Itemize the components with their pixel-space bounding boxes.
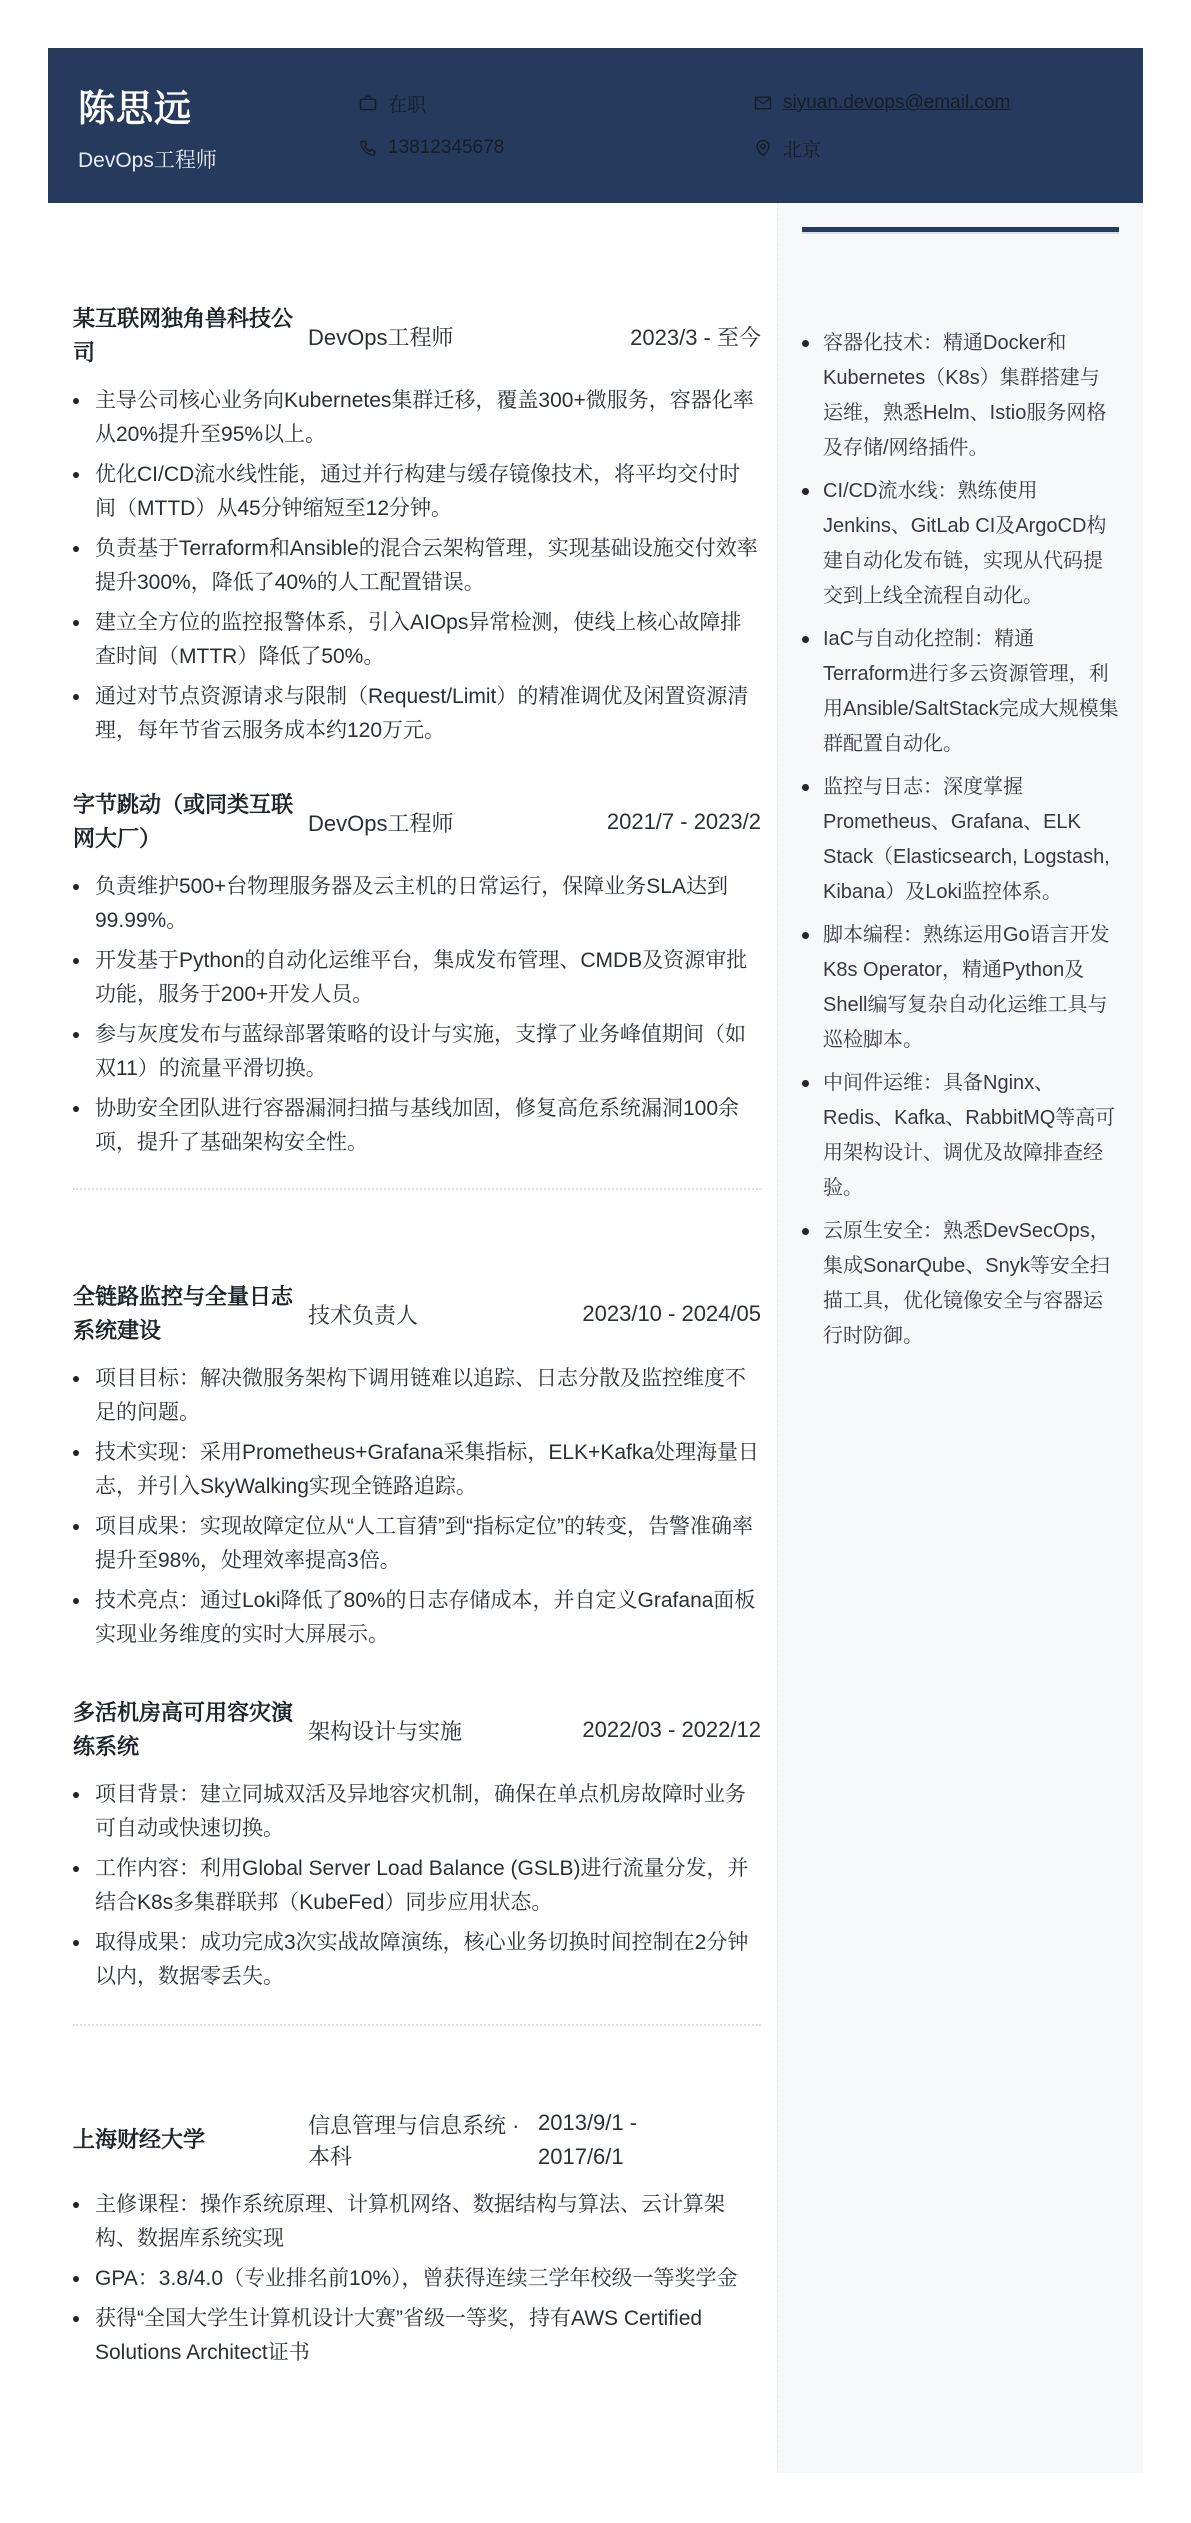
skill-text: 中间件运维：具备Nginx、Redis、Kafka、RabbitMQ等高可用架构…: [823, 1066, 1119, 1206]
bullet-dot: [73, 1598, 79, 1604]
bullet-dot: [73, 1450, 79, 1456]
skill-item: 脚本编程：熟练运用Go语言开发K8s Operator，精通Python及She…: [802, 918, 1119, 1058]
skill-text: IaC与自动化控制：精通Terraform进行多云资源管理，利用Ansible/…: [823, 622, 1119, 762]
entry-role: DevOps工程师: [308, 807, 607, 838]
bullet-dot: [802, 488, 809, 495]
contact-status-text: 在职: [388, 90, 426, 117]
bullet-item: 建立全方位的监控报警体系，引入AIOps异常检测，使线上核心故障排查时间（MTT…: [73, 606, 761, 674]
skill-text: CI/CD流水线：熟练使用Jenkins、GitLab CI及ArgoCD构建自…: [823, 474, 1119, 614]
entry-company: 字节跳动（或同类互联网大厂）: [73, 788, 308, 856]
bullet-text: 优化CI/CD流水线性能，通过并行构建与缓存镜像技术，将平均交付时间（MTTD）…: [95, 458, 761, 526]
bullet-dot: [73, 1376, 79, 1382]
entry-bullets: 项目目标：解决微服务架构下调用链难以追踪、日志分散及监控维度不足的问题。 技术实…: [73, 1362, 761, 1652]
briefcase-icon: [358, 93, 378, 113]
bullet-dot: [802, 1080, 809, 1087]
resume-page: 陈思远 DevOps工程师 在职 siyuan.devops@email.com…: [0, 0, 1191, 2523]
bullet-dot: [73, 2202, 79, 2208]
bullet-item: 项目目标：解决微服务架构下调用链难以追踪、日志分散及监控维度不足的问题。: [73, 1362, 761, 1430]
bullet-text: 负责维护500+台物理服务器及云主机的日常运行，保障业务SLA达到99.99%。: [95, 870, 761, 938]
bullet-text: GPA：3.8/4.0（专业排名前10%），曾获得连续三学年校级一等奖学金: [95, 2262, 738, 2296]
skill-text: 云原生安全：熟悉DevSecOps，集成SonarQube、Snyk等安全扫描工…: [823, 1214, 1119, 1354]
entry-head: 某互联网独角兽科技公司 DevOps工程师 2023/3 - 至今: [73, 302, 761, 370]
contact-employment-status: 在职: [358, 90, 753, 117]
project-entry-2: 多活机房高可用容灾演练系统 架构设计与实施 2022/03 - 2022/12 …: [73, 1696, 761, 1994]
bullet-text: 参与灰度发布与蓝绿部署策略的设计与实施，支撑了业务峰值期间（如双11）的流量平滑…: [95, 1018, 761, 1086]
resume-header: 陈思远 DevOps工程师 在职 siyuan.devops@email.com…: [48, 48, 1143, 203]
skill-text: 脚本编程：熟练运用Go语言开发K8s Operator，精通Python及She…: [823, 918, 1119, 1058]
bullet-dot: [73, 1106, 79, 1112]
bullet-item: 项目成果：实现故障定位从“人工盲猜”到“指标定位”的转变，告警准确率提升至98%…: [73, 1510, 761, 1578]
bullet-dot: [73, 1524, 79, 1530]
bullet-item: 协助安全团队进行容器漏洞扫描与基线加固，修复高危系统漏洞100余项，提升了基础架…: [73, 1092, 761, 1160]
contact-location: 北京: [753, 135, 1010, 162]
bullet-dot: [73, 1940, 79, 1946]
bullet-item: 主修课程：操作系统原理、计算机网络、数据结构与算法、云计算架构、数据库系统实现: [73, 2188, 761, 2256]
bullet-item: GPA：3.8/4.0（专业排名前10%），曾获得连续三学年校级一等奖学金: [73, 2262, 761, 2296]
section-divider: [73, 2024, 761, 2026]
entry-role: 技术负责人: [308, 1299, 582, 1330]
entry-head: 多活机房高可用容灾演练系统 架构设计与实施 2022/03 - 2022/12: [73, 1696, 761, 1764]
skills-sidebar: 容器化技术：精通Docker和Kubernetes（K8s）集群搭建与运维，熟悉…: [777, 203, 1143, 2473]
bullet-item: 负责维护500+台物理服务器及云主机的日常运行，保障业务SLA达到99.99%。: [73, 870, 761, 938]
bullet-text: 开发基于Python的自动化运维平台，集成发布管理、CMDB及资源审批功能，服务…: [95, 944, 761, 1012]
bullet-dot: [73, 1792, 79, 1798]
mail-icon: [753, 93, 773, 113]
bullet-item: 负责基于Terraform和Ansible的混合云架构管理，实现基础设施交付效率…: [73, 532, 761, 600]
skill-list: 容器化技术：精通Docker和Kubernetes（K8s）集群搭建与运维，熟悉…: [802, 326, 1119, 1354]
contact-email[interactable]: siyuan.devops@email.com: [753, 90, 1010, 117]
bullet-dot: [802, 1228, 809, 1235]
bullet-dot: [73, 2316, 79, 2322]
contact-location-text: 北京: [783, 135, 821, 162]
entry-bullets: 主修课程：操作系统原理、计算机网络、数据结构与算法、云计算架构、数据库系统实现 …: [73, 2188, 761, 2370]
entry-school: 上海财经大学: [73, 2123, 308, 2157]
candidate-title: DevOps工程师: [78, 144, 358, 174]
bullet-text: 项目成果：实现故障定位从“人工盲猜”到“指标定位”的转变，告警准确率提升至98%…: [95, 1510, 761, 1578]
skill-text: 容器化技术：精通Docker和Kubernetes（K8s）集群搭建与运维，熟悉…: [823, 326, 1119, 466]
skill-item: 监控与日志：深度掌握Prometheus、Grafana、ELK Stack（E…: [802, 770, 1119, 910]
contact-email-text[interactable]: siyuan.devops@email.com: [783, 92, 1010, 114]
bullet-dot: [73, 884, 79, 890]
bullet-text: 通过对节点资源请求与限制（Request/Limit）的精准调优及闲置资源清理，…: [95, 680, 761, 748]
contact-phone-text: 13812345678: [388, 137, 504, 159]
skill-item: 容器化技术：精通Docker和Kubernetes（K8s）集群搭建与运维，熟悉…: [802, 326, 1119, 466]
identity-block: 陈思远 DevOps工程师: [48, 78, 358, 174]
bullet-dot: [802, 932, 809, 939]
bullet-text: 建立全方位的监控报警体系，引入AIOps异常检测，使线上核心故障排查时间（MTT…: [95, 606, 761, 674]
bullet-text: 获得“全国大学生计算机设计大赛”省级一等奖，持有AWS Certified So…: [95, 2302, 761, 2370]
project-entry-1: 全链路监控与全量日志系统建设 技术负责人 2023/10 - 2024/05 项…: [73, 1280, 761, 1652]
candidate-name: 陈思远: [78, 78, 358, 132]
entry-project-name: 多活机房高可用容灾演练系统: [73, 1696, 308, 1764]
bullet-dot: [73, 1866, 79, 1872]
entry-period: 2023/3 - 至今: [630, 321, 761, 352]
entry-head: 字节跳动（或同类互联网大厂） DevOps工程师 2021/7 - 2023/2: [73, 788, 761, 856]
entry-period: 2023/10 - 2024/05: [582, 1301, 761, 1327]
bullet-text: 技术实现：采用Prometheus+Grafana采集指标，ELK+Kafka处…: [95, 1436, 761, 1504]
entry-head: 全链路监控与全量日志系统建设 技术负责人 2023/10 - 2024/05: [73, 1280, 761, 1348]
experience-entry-2: 字节跳动（或同类互联网大厂） DevOps工程师 2021/7 - 2023/2…: [73, 788, 761, 1160]
bullet-dot: [73, 1032, 79, 1038]
entry-role: 架构设计与实施: [308, 1715, 582, 1746]
entry-role: DevOps工程师: [308, 321, 630, 352]
entry-major: 信息管理与信息系统 · 本科: [308, 2109, 538, 2171]
bullet-text: 取得成果：成功完成3次实战故障演练，核心业务切换时间控制在2分钟以内，数据零丢失…: [95, 1926, 761, 1994]
bullet-text: 主修课程：操作系统原理、计算机网络、数据结构与算法、云计算架构、数据库系统实现: [95, 2188, 761, 2256]
main-content: 某互联网独角兽科技公司 DevOps工程师 2023/3 - 至今 主导公司核心…: [73, 302, 761, 2410]
entry-period: 2021/7 - 2023/2: [607, 809, 761, 835]
bullet-text: 负责基于Terraform和Ansible的混合云架构管理，实现基础设施交付效率…: [95, 532, 761, 600]
experience-entry-1: 某互联网独角兽科技公司 DevOps工程师 2023/3 - 至今 主导公司核心…: [73, 302, 761, 748]
bullet-item: 项目背景：建立同城双活及异地容灾机制，确保在单点机房故障时业务可自动或快速切换。: [73, 1778, 761, 1846]
entry-bullets: 负责维护500+台物理服务器及云主机的日常运行，保障业务SLA达到99.99%。…: [73, 870, 761, 1160]
bullet-item: 参与灰度发布与蓝绿部署策略的设计与实施，支撑了业务峰值期间（如双11）的流量平滑…: [73, 1018, 761, 1086]
skill-item: 云原生安全：熟悉DevSecOps，集成SonarQube、Snyk等安全扫描工…: [802, 1214, 1119, 1354]
bullet-dot: [73, 958, 79, 964]
bullet-text: 主导公司核心业务向Kubernetes集群迁移，覆盖300+微服务，容器化率从2…: [95, 384, 761, 452]
bullet-item: 通过对节点资源请求与限制（Request/Limit）的精准调优及闲置资源清理，…: [73, 680, 761, 748]
skill-item: CI/CD流水线：熟练使用Jenkins、GitLab CI及ArgoCD构建自…: [802, 474, 1119, 614]
bullet-item: 技术实现：采用Prometheus+Grafana采集指标，ELK+Kafka处…: [73, 1436, 761, 1504]
entry-bullets: 主导公司核心业务向Kubernetes集群迁移，覆盖300+微服务，容器化率从2…: [73, 384, 761, 748]
entry-period: 2013/9/1 - 2017/6/1: [538, 2106, 708, 2174]
bullet-item: 优化CI/CD流水线性能，通过并行构建与缓存镜像技术，将平均交付时间（MTTD）…: [73, 458, 761, 526]
contact-grid: 在职 siyuan.devops@email.com 13812345678 北…: [358, 90, 1010, 162]
bullet-text: 协助安全团队进行容器漏洞扫描与基线加固，修复高危系统漏洞100余项，提升了基础架…: [95, 1092, 761, 1160]
bullet-item: 主导公司核心业务向Kubernetes集群迁移，覆盖300+微服务，容器化率从2…: [73, 384, 761, 452]
entry-period: 2022/03 - 2022/12: [582, 1717, 761, 1743]
bullet-dot: [73, 546, 79, 552]
skill-item: 中间件运维：具备Nginx、Redis、Kafka、RabbitMQ等高可用架构…: [802, 1066, 1119, 1206]
bullet-text: 项目背景：建立同城双活及异地容灾机制，确保在单点机房故障时业务可自动或快速切换。: [95, 1778, 761, 1846]
education-entry: 上海财经大学 信息管理与信息系统 · 本科 2013/9/1 - 2017/6/…: [73, 2106, 761, 2370]
entry-project-name: 全链路监控与全量日志系统建设: [73, 1280, 308, 1348]
section-divider: [73, 1188, 761, 1190]
contact-phone: 13812345678: [358, 135, 753, 162]
sidebar-top-rule: [802, 227, 1119, 232]
location-pin-icon: [753, 138, 773, 158]
entry-bullets: 项目背景：建立同城双活及异地容灾机制，确保在单点机房故障时业务可自动或快速切换。…: [73, 1778, 761, 1994]
bullet-dot: [802, 340, 809, 347]
entry-head: 上海财经大学 信息管理与信息系统 · 本科 2013/9/1 - 2017/6/…: [73, 2106, 761, 2174]
bullet-dot: [73, 472, 79, 478]
bullet-dot: [73, 2276, 79, 2282]
bullet-item: 获得“全国大学生计算机设计大赛”省级一等奖，持有AWS Certified So…: [73, 2302, 761, 2370]
bullet-text: 项目目标：解决微服务架构下调用链难以追踪、日志分散及监控维度不足的问题。: [95, 1362, 761, 1430]
bullet-item: 工作内容：利用Global Server Load Balance (GSLB)…: [73, 1852, 761, 1920]
phone-icon: [358, 138, 378, 158]
entry-company: 某互联网独角兽科技公司: [73, 302, 308, 370]
bullet-text: 工作内容：利用Global Server Load Balance (GSLB)…: [95, 1852, 761, 1920]
skill-item: IaC与自动化控制：精通Terraform进行多云资源管理，利用Ansible/…: [802, 622, 1119, 762]
bullet-dot: [73, 620, 79, 626]
bullet-dot: [802, 784, 809, 791]
skill-text: 监控与日志：深度掌握Prometheus、Grafana、ELK Stack（E…: [823, 770, 1119, 910]
bullet-item: 取得成果：成功完成3次实战故障演练，核心业务切换时间控制在2分钟以内，数据零丢失…: [73, 1926, 761, 1994]
bullet-dot: [802, 636, 809, 643]
bullet-item: 技术亮点：通过Loki降低了80%的日志存储成本，并自定义Grafana面板实现…: [73, 1584, 761, 1652]
bullet-item: 开发基于Python的自动化运维平台，集成发布管理、CMDB及资源审批功能，服务…: [73, 944, 761, 1012]
bullet-dot: [73, 694, 79, 700]
bullet-text: 技术亮点：通过Loki降低了80%的日志存储成本，并自定义Grafana面板实现…: [95, 1584, 761, 1652]
bullet-dot: [73, 398, 79, 404]
